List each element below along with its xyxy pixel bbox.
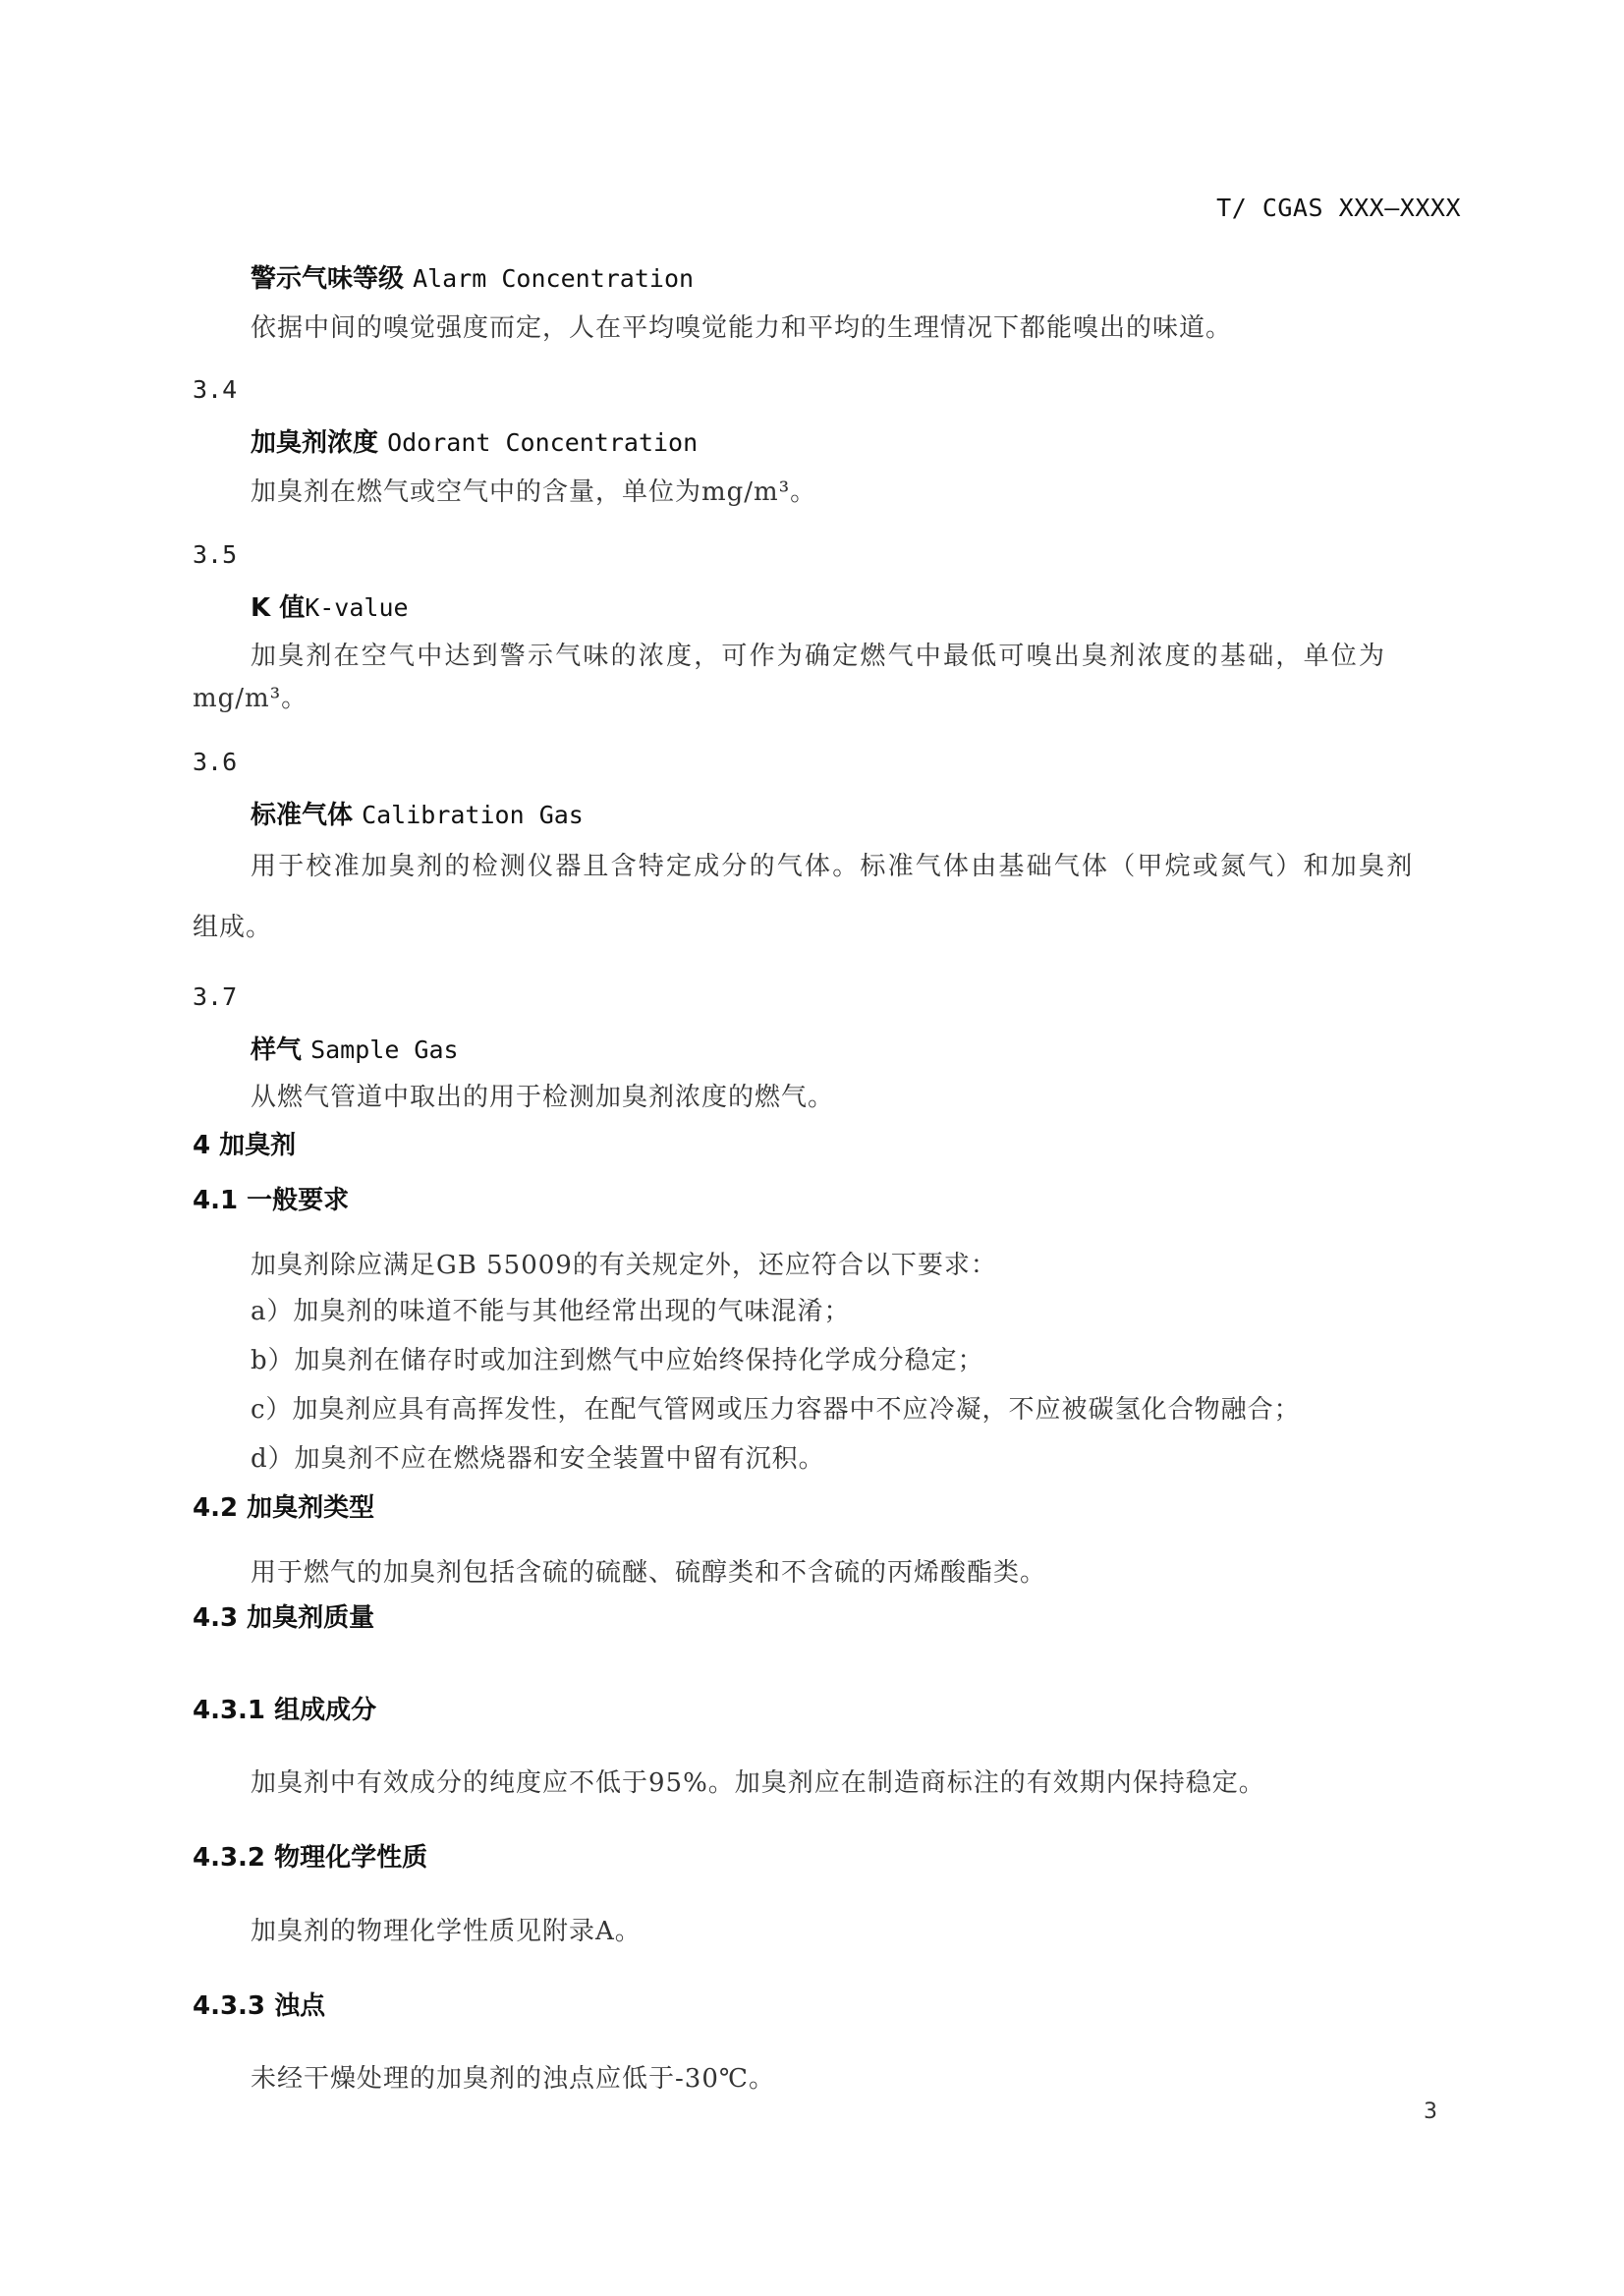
term-title-zh: 警示气味等级	[251, 264, 404, 294]
requirement-item-b: b）加臭剂在储存时或加注到燃气中应始终保持化学成分稳定；	[251, 1348, 984, 1373]
term-title-sample-gas: 样气 Sample Gas	[251, 1037, 459, 1063]
term-number: 3.4	[193, 377, 237, 402]
section-heading-4-3: 4.3 加臭剂质量	[193, 1605, 374, 1631]
term-number: 3.6	[193, 750, 237, 774]
term-definition-continued: 组成。	[193, 915, 272, 940]
section-heading-4-3-2: 4.3.2 物理化学性质	[193, 1845, 427, 1871]
term-number: 3.5	[193, 542, 237, 567]
term-title-en: Sample Gas	[310, 1036, 459, 1064]
term-definition: 依据中间的嗅觉强度而定，人在平均嗅觉能力和平均的生理情况下都能嗅出的味道。	[251, 315, 1232, 341]
section-heading-4-3-1: 4.3.1 组成成分	[193, 1698, 376, 1723]
section-heading-4-1: 4.1 一般要求	[193, 1188, 349, 1213]
term-title-k-value: K 值K-value	[251, 595, 409, 621]
term-title-alarm-concentration: 警示气味等级 Alarm Concentration	[251, 266, 694, 292]
term-title-zh: 标准气体	[251, 801, 353, 830]
section-4-3-1-body: 加臭剂中有效成分的纯度应不低于95%。加臭剂应在制造商标注的有效期内保持稳定。	[251, 1770, 1265, 1796]
term-title-en: Odorant Concentration	[387, 428, 698, 457]
term-title-odorant-concentration: 加臭剂浓度 Odorant Concentration	[251, 430, 698, 456]
document-code-header: T/ CGAS XXX—XXXX	[1216, 196, 1461, 220]
term-title-en: Calibration Gas	[362, 801, 584, 829]
term-definition: 加臭剂在空气中达到警示气味的浓度，可作为确定燃气中最低可嗅出臭剂浓度的基础，单位…	[251, 644, 1461, 669]
section-4-2-body: 用于燃气的加臭剂包括含硫的硫醚、硫醇类和不含硫的丙烯酸酯类。	[251, 1560, 1046, 1586]
term-title-en: Alarm Concentration	[413, 264, 694, 293]
section-heading-4-2: 4.2 加臭剂类型	[193, 1495, 374, 1521]
section-heading-4-3-3: 4.3.3 浊点	[193, 1993, 325, 2019]
requirement-item-d: d）加臭剂不应在燃烧器和安全装置中留有沉积。	[251, 1446, 825, 1472]
term-definition-continued: mg/m³。	[193, 686, 308, 711]
section-4-3-2-body: 加臭剂的物理化学性质见附录A。	[251, 1919, 642, 1944]
document-page: T/ CGAS XXX—XXXX 警示气味等级 Alarm Concentrat…	[0, 0, 1624, 2296]
term-definition: 从燃气管道中取出的用于检测加臭剂浓度的燃气。	[251, 1085, 834, 1110]
term-title-zh: 样气	[251, 1036, 302, 1065]
term-title-zh: 加臭剂浓度	[251, 428, 378, 458]
term-title-zh: K 值	[251, 593, 305, 623]
section-4-3-3-body: 未经干燥处理的加臭剂的浊点应低于-30℃。	[251, 2066, 775, 2092]
term-definition: 加臭剂在燃气或空气中的含量，单位为mg/m³。	[251, 479, 816, 505]
term-definition: 用于校准加臭剂的检测仪器且含特定成分的气体。标准气体由基础气体（甲烷或氮气）和加…	[251, 854, 1414, 879]
section-4-1-intro: 加臭剂除应满足GB 55009的有关规定外，还应符合以下要求：	[251, 1253, 997, 1278]
requirement-item-a: a）加臭剂的味道不能与其他经常出现的气味混淆；	[251, 1299, 851, 1324]
section-heading-4: 4 加臭剂	[193, 1133, 296, 1158]
page-number: 3	[1424, 2101, 1437, 2123]
term-number: 3.7	[193, 984, 237, 1009]
term-title-en: K-value	[305, 593, 408, 622]
term-title-calibration-gas: 标准气体 Calibration Gas	[251, 803, 584, 828]
requirement-item-c: c）加臭剂应具有高挥发性，在配气管网或压力容器中不应冷凝，不应被碳氢化合物融合；	[251, 1397, 1301, 1423]
